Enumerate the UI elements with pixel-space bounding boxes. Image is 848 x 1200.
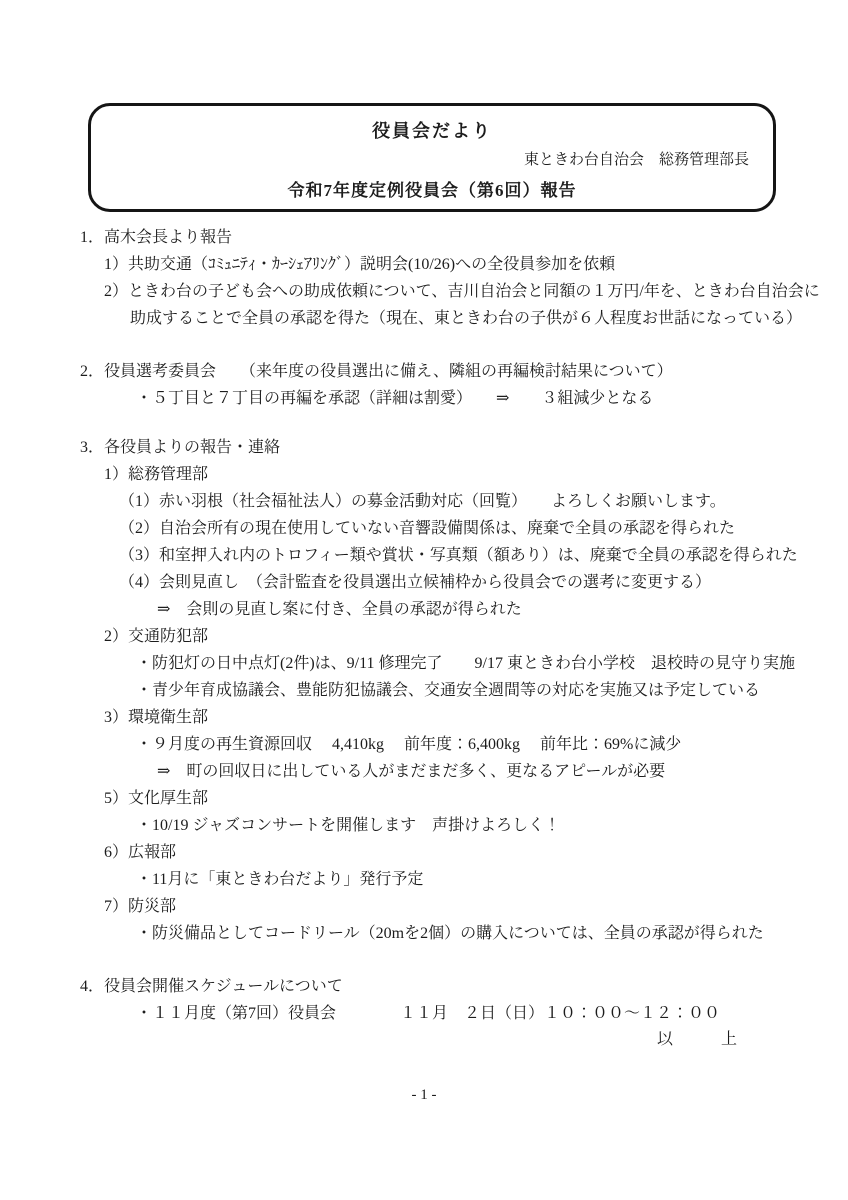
s3-dept1-item-2: （2）自治会所有の現在使用していない音響設備関係は、廃棄で全員の承認を得られた [0,515,848,542]
s3-dept2-bullet-2: ・青少年育成協議会、豊能防犯協議会、交通安全週間等の対応を実施又は予定している [0,677,848,704]
s3-dept2-heading: 2）交通防犯部 [0,623,848,650]
document-page: 役員会だより 東ときわ台自治会 総務管理部長 令和7年度定例役員会（第6回）報告… [0,0,848,1200]
s3-heading: 3．各役員よりの報告・連絡 [0,434,848,461]
s3-dept3-result-arrow: ⇒ 町の回収日に出している人がまだまだ多く、更なるアピールが必要 [0,758,848,785]
s3-dept7-heading: 7）防災部 [0,893,848,920]
s3-dept5-heading: 5）文化厚生部 [0,785,848,812]
s1-item-2-continued: 助成することで全員の承認を得た（現在、東ときわ台の子供が６人程度お世話になってい… [0,305,848,332]
s3-dept1-item-4: （4）会則見直し （会計監査を役員選出立候補枠から役員会での選考に変更する） [0,569,848,596]
s3-dept2-bullet-1: ・防犯灯の日中点灯(2件)は、9/11 修理完了 9/17 東ときわ台小学校 退… [0,650,848,677]
s3-dept7-bullet-1: ・防災備品としてコードリール（20mを2個）の購入については、全員の承認が得られ… [0,920,848,947]
s3-dept1-heading: 1）総務管理部 [0,461,848,488]
header-box: 役員会だより 東ときわ台自治会 総務管理部長 令和7年度定例役員会（第6回）報告 [88,103,776,212]
s3-dept1-result-arrow: ⇒ 会則の見直し案に付き、全員の承認が得られた [0,596,848,623]
s1-item-2: 2）ときわ台の子ども会への助成依頼について、吉川自治会と同額の１万円/年を、とき… [0,278,848,305]
page-number: - 1 - [0,1082,848,1109]
newsletter-title: 役員会だより [91,106,773,143]
s2-bullet-1: ・５丁目と７丁目の再編を承認（詳細は割愛） ⇒ ３組減少となる [0,385,848,412]
report-title: 令和7年度定例役員会（第6回）報告 [91,176,773,201]
s4-schedule-line: ・１１月度（第7回）役員会 １１月 ２日（日）１０：００～１２：００ [0,1000,848,1027]
s3-dept6-heading: 6）広報部 [0,839,848,866]
s3-dept5-bullet-1: ・10/19 ジャズコンサートを開催します 声掛けよろしく！ [0,812,848,839]
s2-heading: 2．役員選考委員会 （来年度の役員選出に備え、隣組の再編検討結果について） [0,358,848,385]
s1-heading: 1．高木会長より報告 [0,224,848,251]
s1-item-1: 1）共助交通（ｺﾐｭﾆﾃｨ・ｶｰｼｪｱﾘﾝｸﾞ）説明会(10/26)への全役員参… [0,251,848,278]
s4-heading: 4．役員会開催スケジュールについて [0,973,848,1000]
s3-dept3-bullet-1: ・９月度の再生資源回収 4,410kg 前年度：6,400kg 前年比：69%に… [0,731,848,758]
header-author: 東ときわ台自治会 総務管理部長 [91,148,773,169]
closing-text: 以 上 [657,1026,737,1053]
s3-dept3-heading: 3）環境衛生部 [0,704,848,731]
document-body: 1．高木会長より報告 1）共助交通（ｺﾐｭﾆﾃｨ・ｶｰｼｪｱﾘﾝｸﾞ）説明会(1… [0,224,848,1027]
s3-dept1-item-3: （3）和室押入れ内のトロフィー類や賞状・写真類（額あり）は、廃棄で全員の承認を得… [0,542,848,569]
s3-dept1-item-1: （1）赤い羽根（社会福祉法人）の募金活動対応（回覧） よろしくお願いします。 [0,488,848,515]
s3-dept6-bullet-1: ・11月に「東ときわ台だより」発行予定 [0,866,848,893]
